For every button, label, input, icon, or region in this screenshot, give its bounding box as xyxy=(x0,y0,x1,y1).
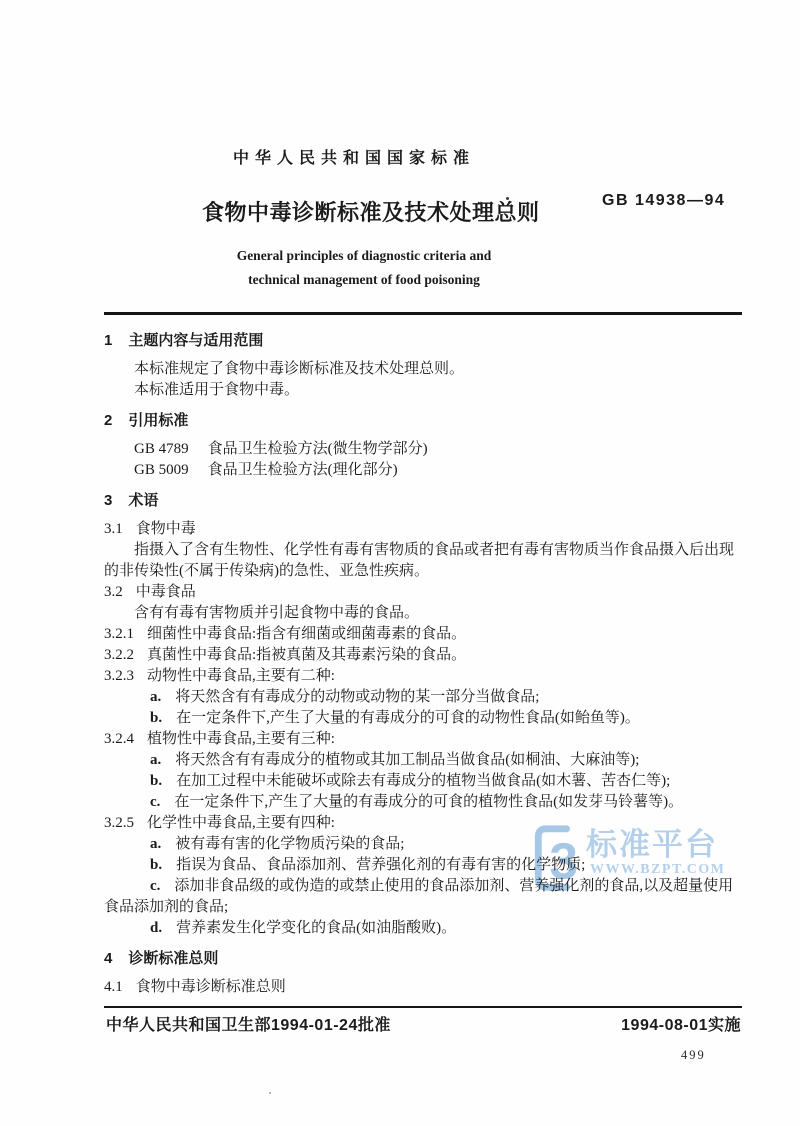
clause-number: 2 xyxy=(104,412,112,429)
section-heading: 1主题内容与适用范围 xyxy=(104,330,741,351)
list-item: b.指误为食品、食品添加剂、营养强化剂的有毒有害的化学物质; xyxy=(104,855,741,876)
item-label: c. xyxy=(150,794,160,810)
list-item: d.营养素发生化学变化的食品(如油脂酸败)。 xyxy=(104,918,741,939)
clause-number: 4.1 xyxy=(104,979,123,995)
line-text: 在一定条件下,产生了大量的有毒成分的可食的植物性食品(如发芽马铃薯等)。 xyxy=(174,794,683,810)
clause-line: 3.2.2真菌性中毒食品:指被真菌及其毒素污染的食品。 xyxy=(104,645,741,666)
line-text: 指误为食品、食品添加剂、营养强化剂的有毒有害的化学物质; xyxy=(176,857,585,873)
clause-line: 3.2.3动物性中毒食品,主要有二种: xyxy=(104,666,741,687)
clause-line: 4.1食物中毒诊断标准总则 xyxy=(104,977,741,998)
clause-number: 4 xyxy=(104,950,112,967)
line-text: 术语 xyxy=(128,492,158,509)
clause-number: 3.2.1 xyxy=(104,626,134,642)
section-heading: 3术语 xyxy=(104,490,741,511)
clause-line: 3.2中毒食品 xyxy=(104,582,741,603)
line-text: 指摄入了含有生物性、化学性有毒有害物质的食品或者把有毒有害物质当作食品摄入后出现… xyxy=(104,542,734,579)
clause-number: GB 4789 xyxy=(134,441,189,457)
line-text: 细菌性中毒食品:指含有细菌或细菌毒素的食品。 xyxy=(147,626,466,642)
list-item: c.添加非食品级的或伪造的或禁止使用的食品添加剂、营养强化剂的食品,以及超量使用… xyxy=(104,876,741,918)
line-text: 食品卫生检验方法(微生物学部分) xyxy=(208,441,428,457)
section-heading: 4诊断标准总则 xyxy=(104,948,741,969)
reference-line: GB 4789食品卫生检验方法(微生物学部分) xyxy=(104,439,741,460)
clause-number: 3.2 xyxy=(104,584,123,600)
approval-note: 中华人民共和国卫生部1994-01-24批准 xyxy=(106,1012,391,1035)
list-item: c.在一定条件下,产生了大量的有毒成分的可食的植物性食品(如发芽马铃薯等)。 xyxy=(104,792,741,813)
english-title-line1: General principles of diagnostic criteri… xyxy=(158,244,570,268)
paragraph-line: 含有有毒有害物质并引起食物中毒的食品。 xyxy=(104,603,741,624)
clause-line: 3.2.4植物性中毒食品,主要有三种: xyxy=(104,729,741,750)
line-text: 引用标准 xyxy=(128,412,188,429)
line-text: 将天然含有有毒成分的植物或其加工制品当做食品(如桐油、大麻油等); xyxy=(175,752,639,768)
clause-number: 3.2.5 xyxy=(104,815,134,831)
line-text: 在一定条件下,产生了大量的有毒成分的可食的动物性食品(如鲐鱼等)。 xyxy=(176,710,640,726)
item-label: a. xyxy=(150,752,161,768)
list-item: a.被有毒有害的化学物质污染的食品; xyxy=(104,834,741,855)
item-label: b. xyxy=(150,710,162,726)
list-item: b.在一定条件下,产生了大量的有毒成分的可食的动物性食品(如鲐鱼等)。 xyxy=(104,708,741,729)
document-title: 食物中毒诊断标准及技术处理总则 xyxy=(202,196,540,227)
clause-number: 3.2.3 xyxy=(104,668,134,684)
clause-number: 1 xyxy=(104,332,112,349)
clause-number: 3.2.2 xyxy=(104,647,134,663)
line-text: 中毒食品 xyxy=(136,584,196,600)
reference-line: GB 5009食品卫生检验方法(理化部分) xyxy=(104,460,741,481)
paragraph-line: 指摄入了含有生物性、化学性有毒有害物质的食品或者把有毒有害物质当作食品摄入后出现… xyxy=(104,540,741,582)
standard-number: GB 14938—94 xyxy=(602,192,725,210)
clause-number: GB 5009 xyxy=(134,462,189,478)
clause-number: 3.1 xyxy=(104,521,123,537)
english-title-line2: technical management of food poisoning xyxy=(158,268,570,292)
line-text: 在加工过程中未能破坏或除去有毒成分的植物当做食品(如木薯、苦杏仁等); xyxy=(176,773,670,789)
item-label: b. xyxy=(150,857,162,873)
line-text: 主题内容与适用范围 xyxy=(128,332,263,349)
line-text: 食物中毒诊断标准总则 xyxy=(136,979,286,995)
line-text: 本标准适用于食物中毒。 xyxy=(134,382,299,398)
paragraph-line: 本标准规定了食物中毒诊断标准及技术处理总则。 xyxy=(104,359,741,380)
item-label: a. xyxy=(150,836,161,852)
clause-line: 3.2.1细菌性中毒食品:指含有细菌或细菌毒素的食品。 xyxy=(104,624,741,645)
page-number: 499 xyxy=(681,1048,706,1063)
clause-line: 3.1食物中毒 xyxy=(104,519,741,540)
line-text: 化学性中毒食品,主要有四种: xyxy=(147,815,335,831)
scanned-standard-page: 中华人民共和国国家标准 食物中毒诊断标准及技术处理总则 GB 14938—94 … xyxy=(0,0,800,1126)
line-text: 植物性中毒食品,主要有三种: xyxy=(147,731,335,747)
national-standard-label: 中华人民共和国国家标准 xyxy=(233,145,475,168)
line-text: 动物性中毒食品,主要有二种: xyxy=(147,668,335,684)
clause-number: 3 xyxy=(104,492,112,509)
list-item: a.将天然含有有毒成分的动物或动物的某一部分当做食品; xyxy=(104,687,741,708)
clause-line: 3.2.5化学性中毒食品,主要有四种: xyxy=(104,813,741,834)
header-divider xyxy=(104,312,742,315)
implementation-note: 1994-08-01实施 xyxy=(621,1012,741,1035)
item-label: d. xyxy=(150,920,162,936)
item-label: b. xyxy=(150,773,162,789)
line-text: 真菌性中毒食品:指被真菌及其毒素污染的食品。 xyxy=(147,647,466,663)
line-text: 将天然含有有毒成分的动物或动物的某一部分当做食品; xyxy=(175,689,539,705)
item-label: a. xyxy=(150,689,161,705)
scan-speck xyxy=(506,197,509,200)
list-item: b.在加工过程中未能破坏或除去有毒成分的植物当做食品(如木薯、苦杏仁等); xyxy=(104,771,741,792)
list-item: a.将天然含有有毒成分的植物或其加工制品当做食品(如桐油、大麻油等); xyxy=(104,750,741,771)
line-text: 营养素发生化学变化的食品(如油脂酸败)。 xyxy=(176,920,456,936)
line-text: 被有毒有害的化学物质污染的食品; xyxy=(175,836,404,852)
item-label: c. xyxy=(150,878,160,894)
line-text: 食物中毒 xyxy=(136,521,196,537)
english-title: General principles of diagnostic criteri… xyxy=(158,244,570,292)
line-text: 含有有毒有害物质并引起食物中毒的食品。 xyxy=(134,605,419,621)
clause-number: 3.2.4 xyxy=(104,731,134,747)
footer-divider xyxy=(104,1006,742,1008)
line-text: 诊断标准总则 xyxy=(128,950,218,967)
scan-speck xyxy=(269,1092,271,1094)
line-text: 添加非食品级的或伪造的或禁止使用的食品添加剂、营养强化剂的食品,以及超量使用食品… xyxy=(104,878,733,915)
paragraph-line: 本标准适用于食物中毒。 xyxy=(104,380,741,401)
line-text: 本标准规定了食物中毒诊断标准及技术处理总则。 xyxy=(134,361,464,377)
line-text: 食品卫生检验方法(理化部分) xyxy=(208,462,398,478)
section-heading: 2引用标准 xyxy=(104,410,741,431)
document-body: 1主题内容与适用范围本标准规定了食物中毒诊断标准及技术处理总则。本标准适用于食物… xyxy=(104,321,741,998)
